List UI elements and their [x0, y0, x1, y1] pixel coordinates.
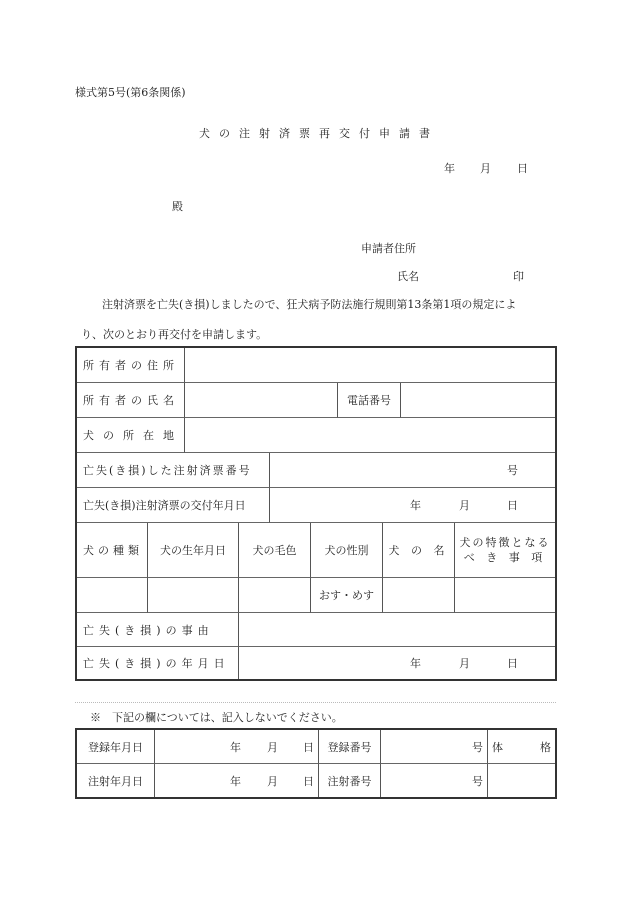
dog-coat-color-field[interactable]: [239, 578, 311, 613]
owner-name-label: 所有者の氏名: [77, 383, 185, 418]
office-use-note: ※ 下記の欄については、記入しないでください。: [90, 709, 343, 725]
applicant-name-label: 氏名: [397, 268, 419, 284]
dog-breed-header: 犬の種類: [77, 523, 148, 578]
phone-label: 電話番号: [338, 383, 401, 418]
day-label: 日: [303, 773, 314, 789]
year-label: 年: [410, 655, 421, 671]
dog-features-header: 犬の特徴となる べ き 事 項: [455, 523, 555, 578]
applicant-address-label: 申請者住所: [361, 240, 416, 256]
year-label: 年: [410, 497, 421, 513]
dog-features-header-line-2: べ き 事 項: [464, 550, 547, 565]
month-label: 月: [267, 773, 278, 789]
office-use-table: 登録年月日 年 月 日 登録番号 号 体 格 注射年月日 年 月 日 注射番号 …: [75, 728, 557, 799]
registration-number-field[interactable]: 号: [381, 730, 488, 764]
injection-number-field[interactable]: 号: [381, 764, 488, 797]
loss-reason-field[interactable]: [239, 613, 555, 647]
phone-field[interactable]: [401, 383, 555, 418]
dog-coat-color-header: 犬の毛色: [239, 523, 311, 578]
lost-tag-number-label: 亡失(き損)した注射済票番号: [77, 453, 270, 488]
dog-features-header-line-1: 犬の特徴となる: [460, 535, 551, 550]
number-suffix: 号: [472, 739, 483, 755]
loss-date-label: 亡失(き損)の年月日: [77, 647, 239, 679]
injection-number-label: 注射番号: [319, 764, 381, 797]
year-label: 年: [230, 773, 241, 789]
day-label: 日: [303, 739, 314, 755]
section-divider: [75, 702, 556, 703]
registration-date-label: 登録年月日: [77, 730, 155, 764]
seal-label: 印: [513, 268, 524, 284]
form-number: 様式第5号(第6条関係): [75, 84, 186, 100]
dog-location-field[interactable]: [185, 418, 555, 453]
application-table: 所有者の住所 所有者の氏名 電話番号 犬の所在地 亡失(き損)した注射済票番号 …: [75, 346, 557, 681]
body-text-line-2: り、次のとおり再交付を申請します。: [81, 326, 267, 342]
dog-name-header: 犬 の 名: [383, 523, 455, 578]
lost-tag-issue-date-field[interactable]: 年 月 日: [270, 488, 555, 523]
addressee-suffix: 殿: [172, 198, 183, 214]
document-title: 犬の注射済票再交付申請書: [0, 125, 630, 141]
injection-date-field[interactable]: 年 月 日: [155, 764, 319, 797]
day-label: 日: [517, 160, 528, 176]
build-label-char-1: 体: [492, 739, 503, 755]
application-date: 年月日: [444, 160, 528, 176]
injection-date-label: 注射年月日: [77, 764, 155, 797]
lost-tag-issue-date-label: 亡失(き損)注射済票の交付年月日: [77, 488, 270, 523]
owner-name-field[interactable]: [185, 383, 338, 418]
month-label: 月: [267, 739, 278, 755]
month-label: 月: [459, 655, 470, 671]
dog-name-field[interactable]: [383, 578, 455, 613]
lost-tag-number-field[interactable]: 号: [270, 453, 555, 488]
owner-address-label: 所有者の住所: [77, 348, 185, 383]
dog-features-field[interactable]: [455, 578, 555, 613]
dog-birthdate-field[interactable]: [148, 578, 239, 613]
dog-birthdate-header: 犬の生年月日: [148, 523, 239, 578]
year-label: 年: [230, 739, 241, 755]
loss-reason-label: 亡失(き損)の事由: [77, 613, 239, 647]
registration-date-field[interactable]: 年 月 日: [155, 730, 319, 764]
number-suffix: 号: [472, 773, 483, 789]
build-label: 体 格: [488, 730, 555, 764]
dog-location-label: 犬の所在地: [77, 418, 185, 453]
number-suffix: 号: [507, 462, 518, 478]
dog-sex-header: 犬の性別: [311, 523, 383, 578]
dog-breed-field[interactable]: [77, 578, 148, 613]
day-label: 日: [507, 655, 518, 671]
year-label: 年: [444, 160, 480, 176]
body-text-line-1: 注射済票を亡失(き損)しましたので、狂犬病予防法施行規則第13条第1項の規定によ: [102, 296, 516, 312]
loss-date-field[interactable]: 年 月 日: [239, 647, 555, 679]
owner-address-field[interactable]: [185, 348, 555, 383]
build-field[interactable]: [488, 764, 555, 797]
build-label-char-2: 格: [540, 739, 551, 755]
dog-sex-field[interactable]: おす・めす: [311, 578, 383, 613]
month-label: 月: [459, 497, 470, 513]
day-label: 日: [507, 497, 518, 513]
month-label: 月: [480, 160, 517, 176]
registration-number-label: 登録番号: [319, 730, 381, 764]
